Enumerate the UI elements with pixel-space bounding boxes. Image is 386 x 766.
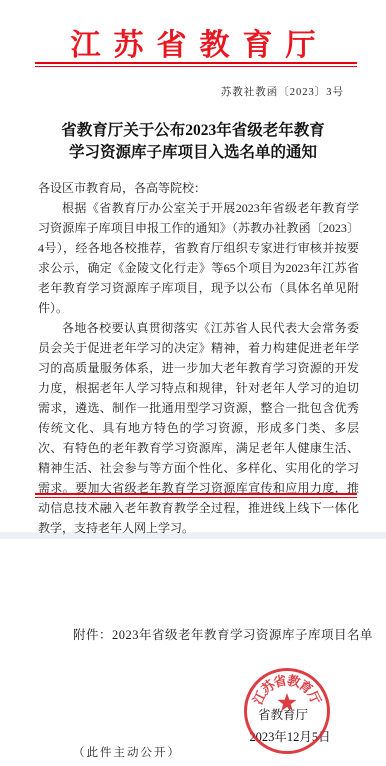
body-paragraph-2: 各地各校要认真贯彻落实《江苏省人民代表大会常务委员会关于促进老年学习的决定》精神… xyxy=(38,318,359,538)
document-title: 省教育厅关于公布2023年省级老年教育学习资源库子库项目入选名单的通知 xyxy=(0,120,386,164)
document-page-1: 江苏省教育厅 苏教社教函〔2023〕3号 省教育厅关于公布2023年省级老年教育… xyxy=(0,0,386,532)
footer-red-rule xyxy=(35,493,357,498)
document-number: 苏教社教函〔2023〕3号 xyxy=(221,84,344,99)
seal-star-icon xyxy=(277,693,296,711)
document-body: 各设区市教育局，各高等院校： 根据《省教育厅办公室关于开展2023年省级老年教育… xyxy=(38,178,359,538)
disclosure-note: （此件主动公开） xyxy=(73,744,181,760)
agency-header-title: 江苏省教育厅 xyxy=(0,20,386,64)
document-title-line2: 学习资源库子库项目入选名单的通知 xyxy=(69,144,317,161)
body-paragraph-1: 根据《省教育厅办公室关于开展2023年省级老年教育学习资源库子库项目申报工作的通… xyxy=(38,198,359,318)
header-red-rule xyxy=(35,62,357,67)
document-page-2: 附件：2023年省级老年教育学习资源库子库项目名单 省教育厅 2023年12月5… xyxy=(0,539,386,766)
official-seal: 江 苏 省 教 育 厅 xyxy=(242,666,332,756)
seal-char: 省 xyxy=(272,673,288,691)
document-title-line1: 省教育厅关于公布2023年省级老年教育 xyxy=(61,122,325,139)
attachment-line: 附件：2023年省级老年教育学习资源库子库项目名单 xyxy=(73,625,373,643)
salutation: 各设区市教育局，各高等院校： xyxy=(38,178,359,198)
